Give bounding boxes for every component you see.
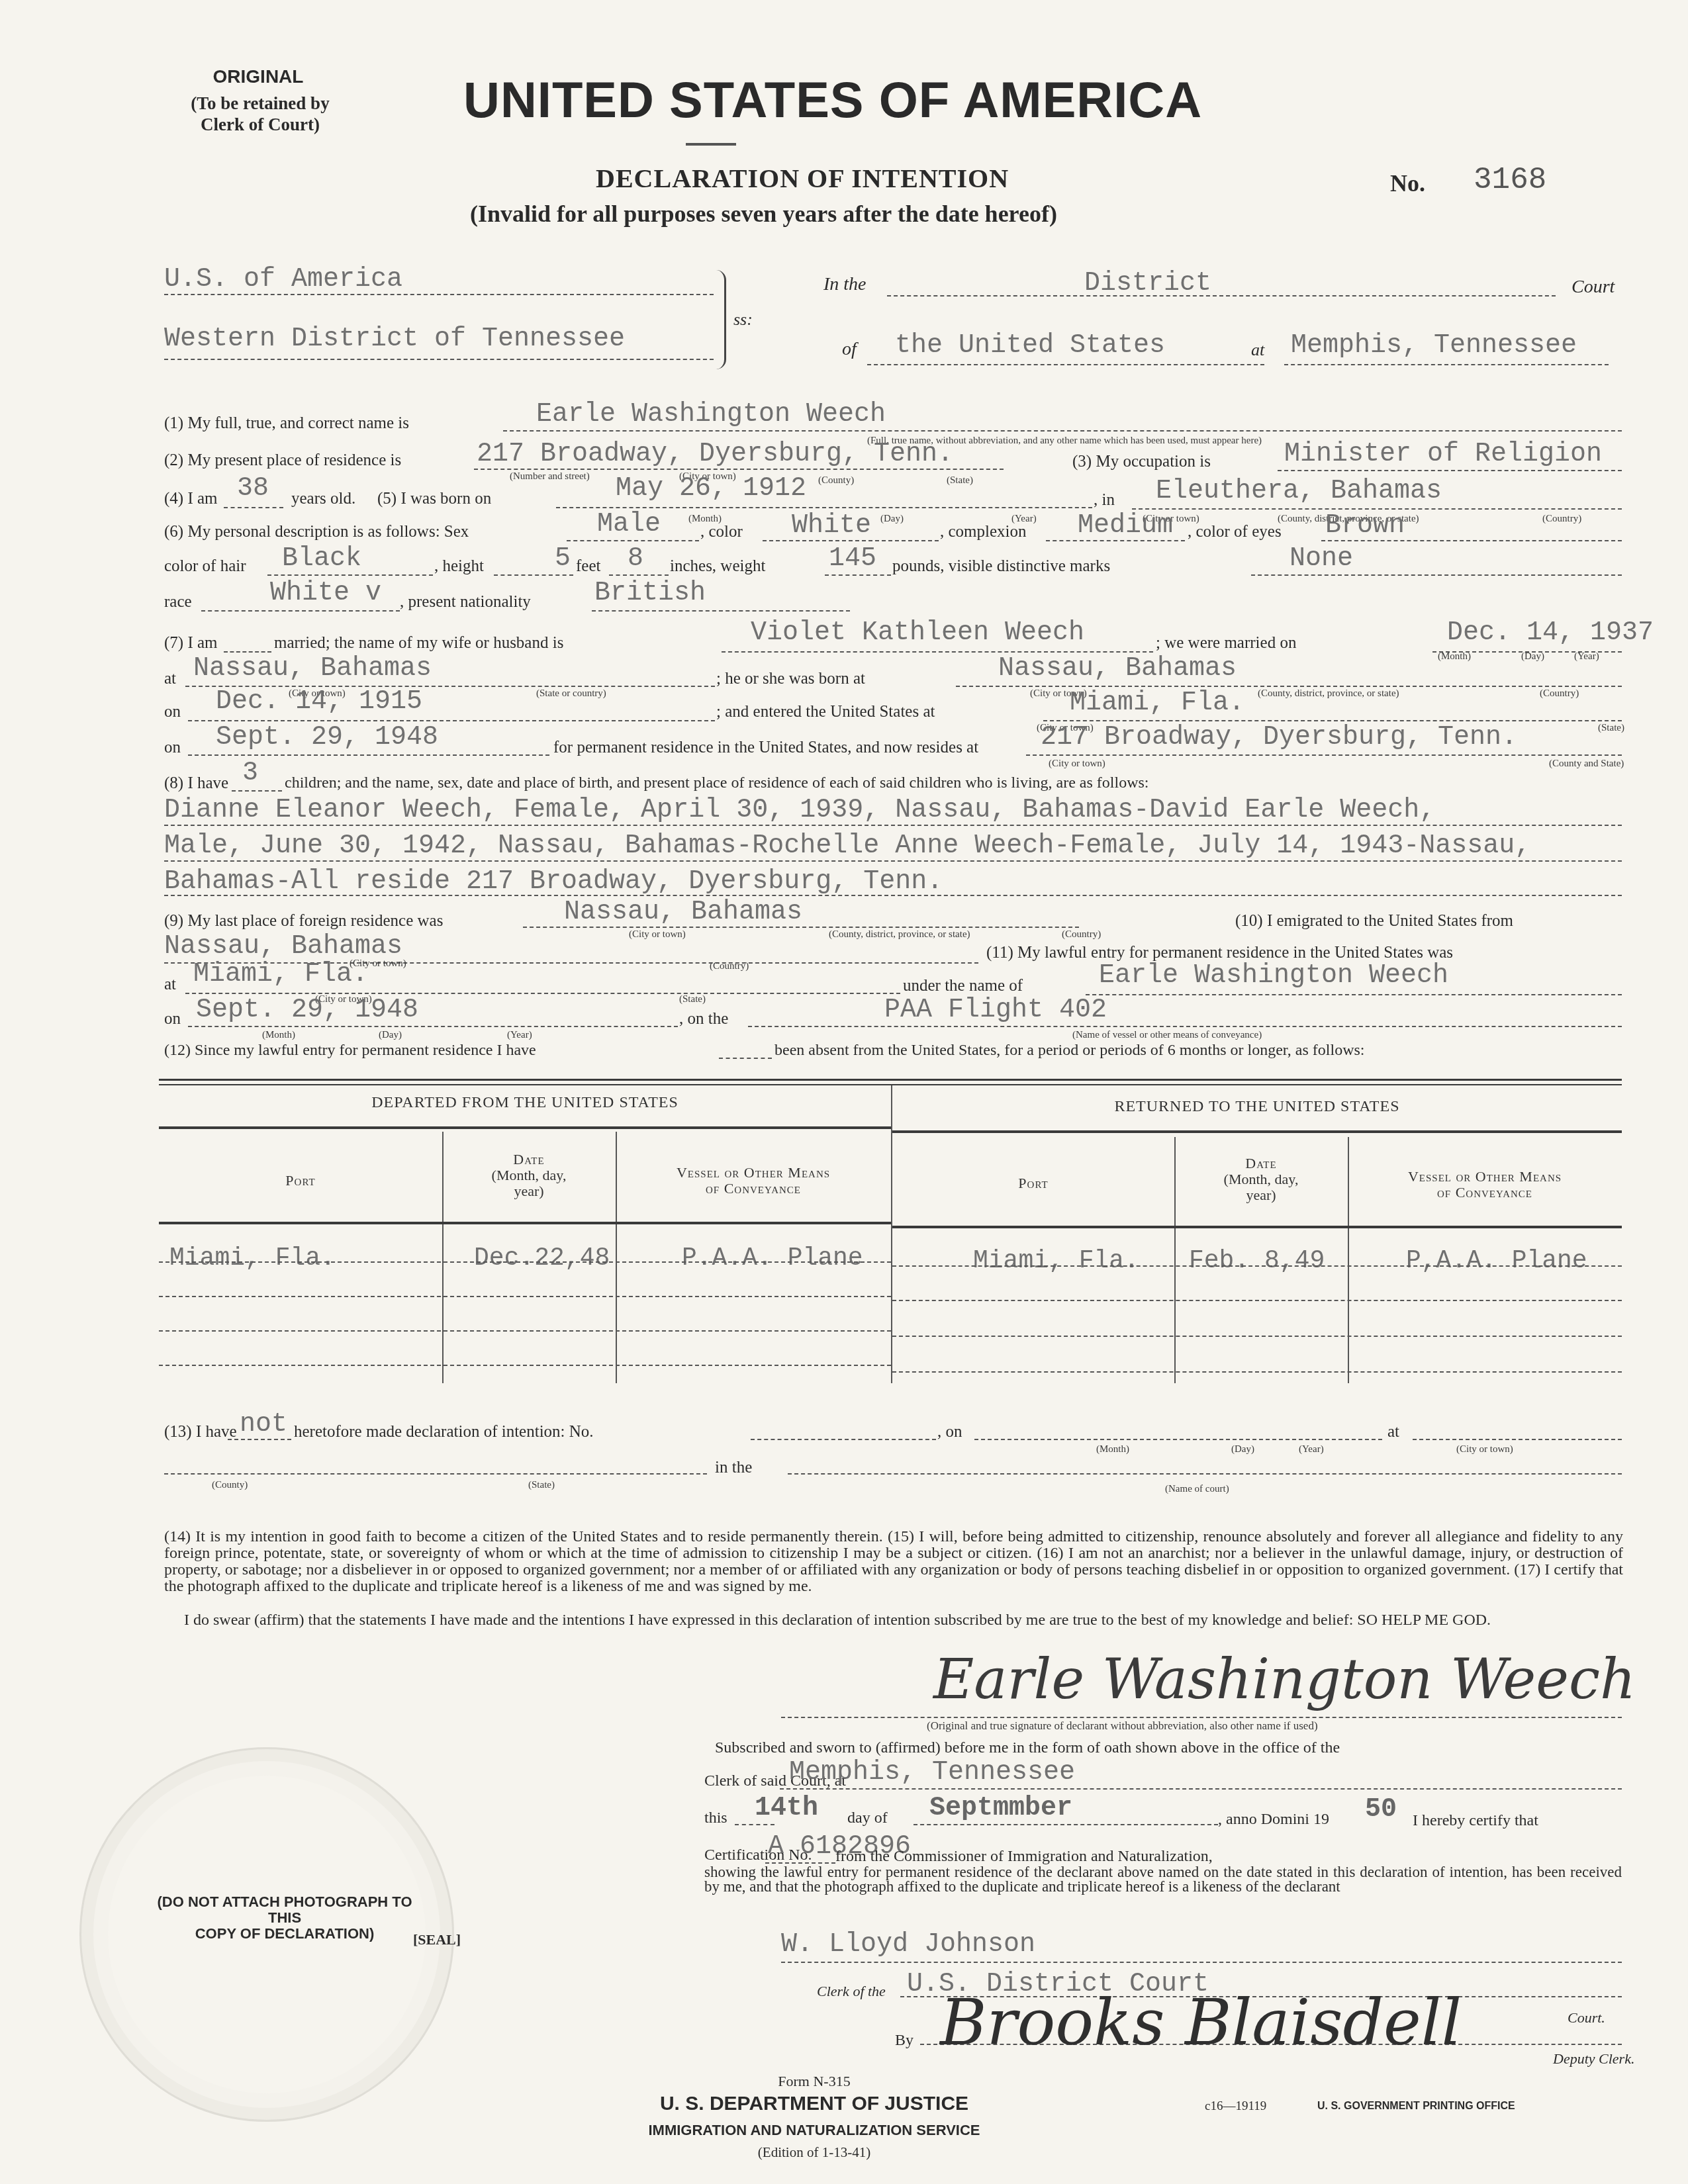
entry-at-label: at <box>164 976 176 994</box>
caption: (Name of vessel or other means of convey… <box>1072 1030 1262 1041</box>
deputy-label: Deputy Clerk. <box>1553 2050 1634 2068</box>
caption: (Country) <box>1542 514 1581 525</box>
caption: (Year) <box>507 1030 532 1041</box>
col-date-departed: Date (Month, day, year) <box>442 1152 616 1199</box>
last-foreign-residence: Nassau, Bahamas <box>564 897 802 927</box>
caption: (County) <box>818 475 854 486</box>
col-vessel-returned: Vessel or Other Means of Conveyance <box>1348 1169 1622 1201</box>
q13-label: (13) I have <box>164 1423 237 1441</box>
signature-caption: (Original and true signature of declaran… <box>927 1719 1318 1733</box>
court-suffix: Court. <box>1568 2009 1605 2026</box>
caption: (Country) <box>710 961 749 972</box>
returned-header: RETURNED TO THE UNITED STATES <box>892 1099 1622 1115</box>
seal-label: [SEAL] <box>413 1931 461 1948</box>
q12-text: been absent from the United States, for … <box>774 1042 1365 1060</box>
occupation: Minister of Religion <box>1284 439 1602 469</box>
birth-place: Eleuthera, Bahamas <box>1156 477 1442 506</box>
copy-note: (To be retained by Clerk of Court) <box>151 93 369 135</box>
birth-date: May 26, 1912 <box>616 474 806 504</box>
caption: (County, district, province, or state) <box>1258 688 1399 700</box>
venue-state: U.S. of America <box>164 265 402 295</box>
col-port-returned: Port <box>892 1175 1174 1191</box>
copy-note-line2: Clerk of Court) <box>151 114 369 135</box>
spouse-entry-date: Sept. 29, 1948 <box>216 723 438 752</box>
married-on-label: ; we were married on <box>1156 634 1296 653</box>
q3-label: (3) My occupation is <box>1072 453 1211 471</box>
prior-in-the-label: in the <box>715 1459 752 1477</box>
spouse-residence: 217 Broadway, Dyersburg, Tenn. <box>1041 723 1517 752</box>
day-of-label: day of <box>847 1809 888 1827</box>
ss-label: ss: <box>733 310 753 330</box>
col-port-departed: Port <box>159 1173 442 1189</box>
clerk-name: W. Lloyd Johnson <box>781 1930 1035 1960</box>
q2-label: (2) My present place of residence is <box>164 451 401 470</box>
title-rule <box>686 143 736 146</box>
eye-color: Brown <box>1325 511 1405 541</box>
caption: (Country) <box>1062 929 1101 940</box>
distinctive-marks: None <box>1289 544 1353 574</box>
q5-label: (5) I was born on <box>377 490 491 508</box>
married-label: married; the name of my wife or husband … <box>274 634 563 653</box>
marriage-place: Nassau, Bahamas <box>193 654 432 684</box>
col-date-line1: Date <box>442 1152 616 1167</box>
jurat-line1: Subscribed and sworn to (affirmed) befor… <box>715 1739 1340 1757</box>
caption: (State) <box>528 1480 555 1491</box>
caption: (State) <box>679 994 706 1005</box>
color: White <box>792 511 871 541</box>
oath-swear: I do swear (affirm) that the statements … <box>164 1612 1623 1629</box>
sex: Male <box>597 510 661 539</box>
children-count: 3 <box>242 758 258 788</box>
departed-port: Miami, Fla. <box>169 1244 336 1273</box>
residence: 217 Broadway, Dyersburg, Tenn. <box>477 439 953 469</box>
venue-district: Western District of Tennessee <box>164 324 625 354</box>
caption: (Month) <box>262 1030 295 1041</box>
q12-label: (12) Since my lawful entry for permanent… <box>164 1042 536 1060</box>
departed-date: Dec.22,48 <box>474 1244 610 1273</box>
q8-text: children; and the name, sex, date and pl… <box>285 774 1149 792</box>
prior-declaration-value: not <box>240 1410 287 1439</box>
q1-label: (1) My full, true, and correct name is <box>164 414 409 433</box>
prior-on-label: , on <box>937 1423 962 1441</box>
child-line-2: Male, June 30, 1942, Nassau, Bahamas-Roc… <box>164 831 1530 861</box>
complexion-label: , complexion <box>940 523 1027 541</box>
form-number: Form N-315 <box>688 2073 940 2090</box>
entry-date: Sept. 29, 1948 <box>196 995 418 1025</box>
court-location: Memphis, Tennessee <box>1291 331 1577 361</box>
caption: (Year) <box>1574 651 1599 662</box>
col-date-returned: Date (Month, day, year) <box>1174 1156 1348 1203</box>
pounds-label: pounds, visible distinctive marks <box>892 557 1110 576</box>
page-title: UNITED STATES OF AMERICA <box>463 71 1324 129</box>
q8-label: (8) I have <box>164 774 228 793</box>
service: IMMIGRATION AND NATURALIZATION SERVICE <box>609 2122 1019 2139</box>
caption: (State or country) <box>536 688 606 700</box>
spouse-born-label: ; he or she was born at <box>716 670 865 688</box>
caption: (City or town) <box>1456 1444 1513 1455</box>
spouse-birth-date: Dec. 14, 1915 <box>216 687 422 717</box>
returned-date: Feb. 8,49 <box>1189 1247 1325 1275</box>
spouse-entry-on-label: on <box>164 739 181 757</box>
venue-brace <box>716 270 726 369</box>
height-label: , height <box>434 557 484 576</box>
q4-label: (4) I am <box>164 490 218 508</box>
by-label: By <box>895 2032 914 2050</box>
marriage-date: Dec. 14, 1937 <box>1447 618 1654 648</box>
col-vessel-line2: of Conveyance <box>616 1181 891 1197</box>
race: White v <box>270 578 381 608</box>
eyes-label: , color of eyes <box>1188 523 1282 541</box>
entry-name: Earle Washington Weech <box>1099 961 1448 991</box>
child-line-3: Bahamas-All reside 217 Broadway, Dyersbu… <box>164 867 943 897</box>
departed-header: DEPARTED FROM THE UNITED STATES <box>159 1095 891 1111</box>
of-label: of <box>842 339 857 360</box>
jurat-day: 14th <box>755 1794 818 1823</box>
caption: (State) <box>947 475 973 486</box>
caption: (County, district, province, or state) <box>829 929 970 940</box>
departed-vessel: P.A.A. Plane <box>682 1244 863 1273</box>
spouse-residence-label: for permanent residence in the United St… <box>553 739 978 757</box>
this-label: this <box>704 1809 727 1827</box>
spouse-entry-place: Miami, Fla. <box>1070 688 1244 718</box>
caption: (Day) <box>1231 1444 1254 1455</box>
certification-text1: from the Commissioner of Immigration and… <box>835 1848 1213 1866</box>
weight: 145 <box>829 544 876 574</box>
q6-label: (6) My personal description is as follow… <box>164 523 469 541</box>
caption: (Day) <box>880 514 904 525</box>
caption: (County) <box>212 1480 248 1491</box>
col-vessel-line1: Vessel or Other Means <box>1348 1169 1622 1185</box>
deputy-signature: Brooks Blaisdell <box>940 1985 1462 2060</box>
caption: (Name of court) <box>1165 1484 1229 1495</box>
hair-label: color of hair <box>164 557 246 576</box>
caption: (County and State) <box>1549 758 1624 770</box>
photo-note-line1: (DO NOT ATTACH PHOTOGRAPH TO THIS <box>152 1894 417 1926</box>
q9-label: (9) My last place of foreign residence w… <box>164 912 443 931</box>
printer: U. S. GOVERNMENT PRINTING OFFICE <box>1317 2101 1515 2113</box>
height-feet: 5 <box>555 544 571 574</box>
col-vessel-line1: Vessel or Other Means <box>616 1165 891 1181</box>
emigrated-from: Nassau, Bahamas <box>164 932 402 962</box>
number-label: No. <box>1390 169 1425 197</box>
spouse-birthplace: Nassau, Bahamas <box>998 654 1237 684</box>
caption: (City or town) <box>1049 758 1105 770</box>
q10-label: (10) I emigrated to the United States fr… <box>1235 912 1513 931</box>
validity-note: (Invalid for all purposes seven years af… <box>470 200 1331 228</box>
photo-note: (DO NOT ATTACH PHOTOGRAPH TO THIS COPY O… <box>152 1894 417 1942</box>
declaration-number: 3168 <box>1474 163 1546 197</box>
under-name-label: under the name of <box>903 977 1023 995</box>
nationality-label: , present nationality <box>400 593 531 612</box>
age: 38 <box>237 474 269 504</box>
full-name: Earle Washington Weech <box>536 400 886 430</box>
complexion: Medium <box>1078 511 1173 541</box>
conveyance: PAA Flight 402 <box>884 995 1107 1025</box>
copy-note-line1: (To be retained by <box>151 93 369 114</box>
col-date-line1: Date <box>1174 1156 1348 1171</box>
entered-label: ; and entered the United States at <box>716 703 935 721</box>
declarant-signature: Earle Washington Weech <box>933 1647 1636 1711</box>
q13-text: heretofore made declaration of intention… <box>294 1423 594 1441</box>
q11-label: (11) My lawful entry for permanent resid… <box>986 944 1453 962</box>
jurat-month: Septmmber <box>929 1794 1072 1823</box>
nationality: British <box>594 578 706 608</box>
caption: (Month) <box>1096 1444 1129 1455</box>
caption: (Number and street) <box>510 471 590 482</box>
returned-port: Miami, Fla. <box>973 1247 1139 1275</box>
col-date-line2: (Month, day, <box>1174 1171 1348 1187</box>
child-line-1: Dianne Eleanor Weech, Female, April 30, … <box>164 796 1435 825</box>
certification-text2: showing the lawful entry for permanent r… <box>704 1865 1622 1894</box>
at-label: at <box>1251 340 1264 360</box>
caption: (City or town) <box>629 929 686 940</box>
oath-paragraph: (14) It is my intention in good faith to… <box>164 1529 1623 1595</box>
col-vessel-line2: of Conveyance <box>1348 1185 1622 1201</box>
caption: (Day) <box>379 1030 402 1041</box>
copy-label: ORIGINAL <box>192 66 324 87</box>
entry-place: Miami, Fla. <box>193 960 368 989</box>
col-vessel-departed: Vessel or Other Means of Conveyance <box>616 1165 891 1197</box>
col-date-line3: year) <box>442 1183 616 1199</box>
returned-vessel: P,A.A. Plane <box>1406 1247 1587 1275</box>
entry-on-label: on <box>164 1010 181 1028</box>
color-label: , color <box>700 523 743 541</box>
form-subtitle: DECLARATION OF INTENTION <box>596 163 1192 194</box>
hair-color: Black <box>282 544 361 574</box>
court-type: District <box>1084 269 1211 298</box>
edition: (Edition of 1-13-41) <box>688 2144 940 2161</box>
department: U. S. DEPARTMENT OF JUSTICE <box>609 2093 1019 2115</box>
height-inches: 8 <box>628 544 643 574</box>
caption: (State) <box>1598 723 1624 734</box>
in-label: , in <box>1094 491 1115 510</box>
prior-at-label: at <box>1387 1423 1399 1441</box>
caption: (Year) <box>1299 1444 1324 1455</box>
clerk-of-label: Clerk of the <box>817 1983 886 2000</box>
caption: (Month) <box>1438 651 1471 662</box>
jurat-place: Memphis, Tennessee <box>789 1758 1075 1788</box>
spouse-name: Violet Kathleen Weech <box>751 618 1084 648</box>
photo-note-line2: COPY OF DECLARATION) <box>152 1926 417 1942</box>
spouse-born-on-label: on <box>164 703 181 721</box>
jurat-year: 50 <box>1365 1795 1397 1825</box>
q7-label: (7) I am <box>164 634 218 653</box>
certify-label: I hereby certify that <box>1413 1812 1538 1830</box>
court-label: Court <box>1571 277 1615 298</box>
q4-suffix: years old. <box>291 490 355 508</box>
col-date-line2: (Month, day, <box>442 1167 616 1183</box>
anno-domini-label: , anno Domini 19 <box>1218 1811 1329 1829</box>
caption: (Day) <box>1521 651 1544 662</box>
marriage-at-label: at <box>164 670 176 688</box>
court-of: the United States <box>895 331 1165 361</box>
feet-label: feet <box>576 557 600 576</box>
race-label: race <box>164 593 192 612</box>
on-the-label: , on the <box>679 1010 728 1028</box>
inches-label: inches, weight <box>670 557 765 576</box>
print-code: c16—19119 <box>1205 2099 1266 2114</box>
col-date-line3: year) <box>1174 1187 1348 1203</box>
caption: (Country) <box>1540 688 1579 700</box>
in-the-label: In the <box>823 274 867 295</box>
